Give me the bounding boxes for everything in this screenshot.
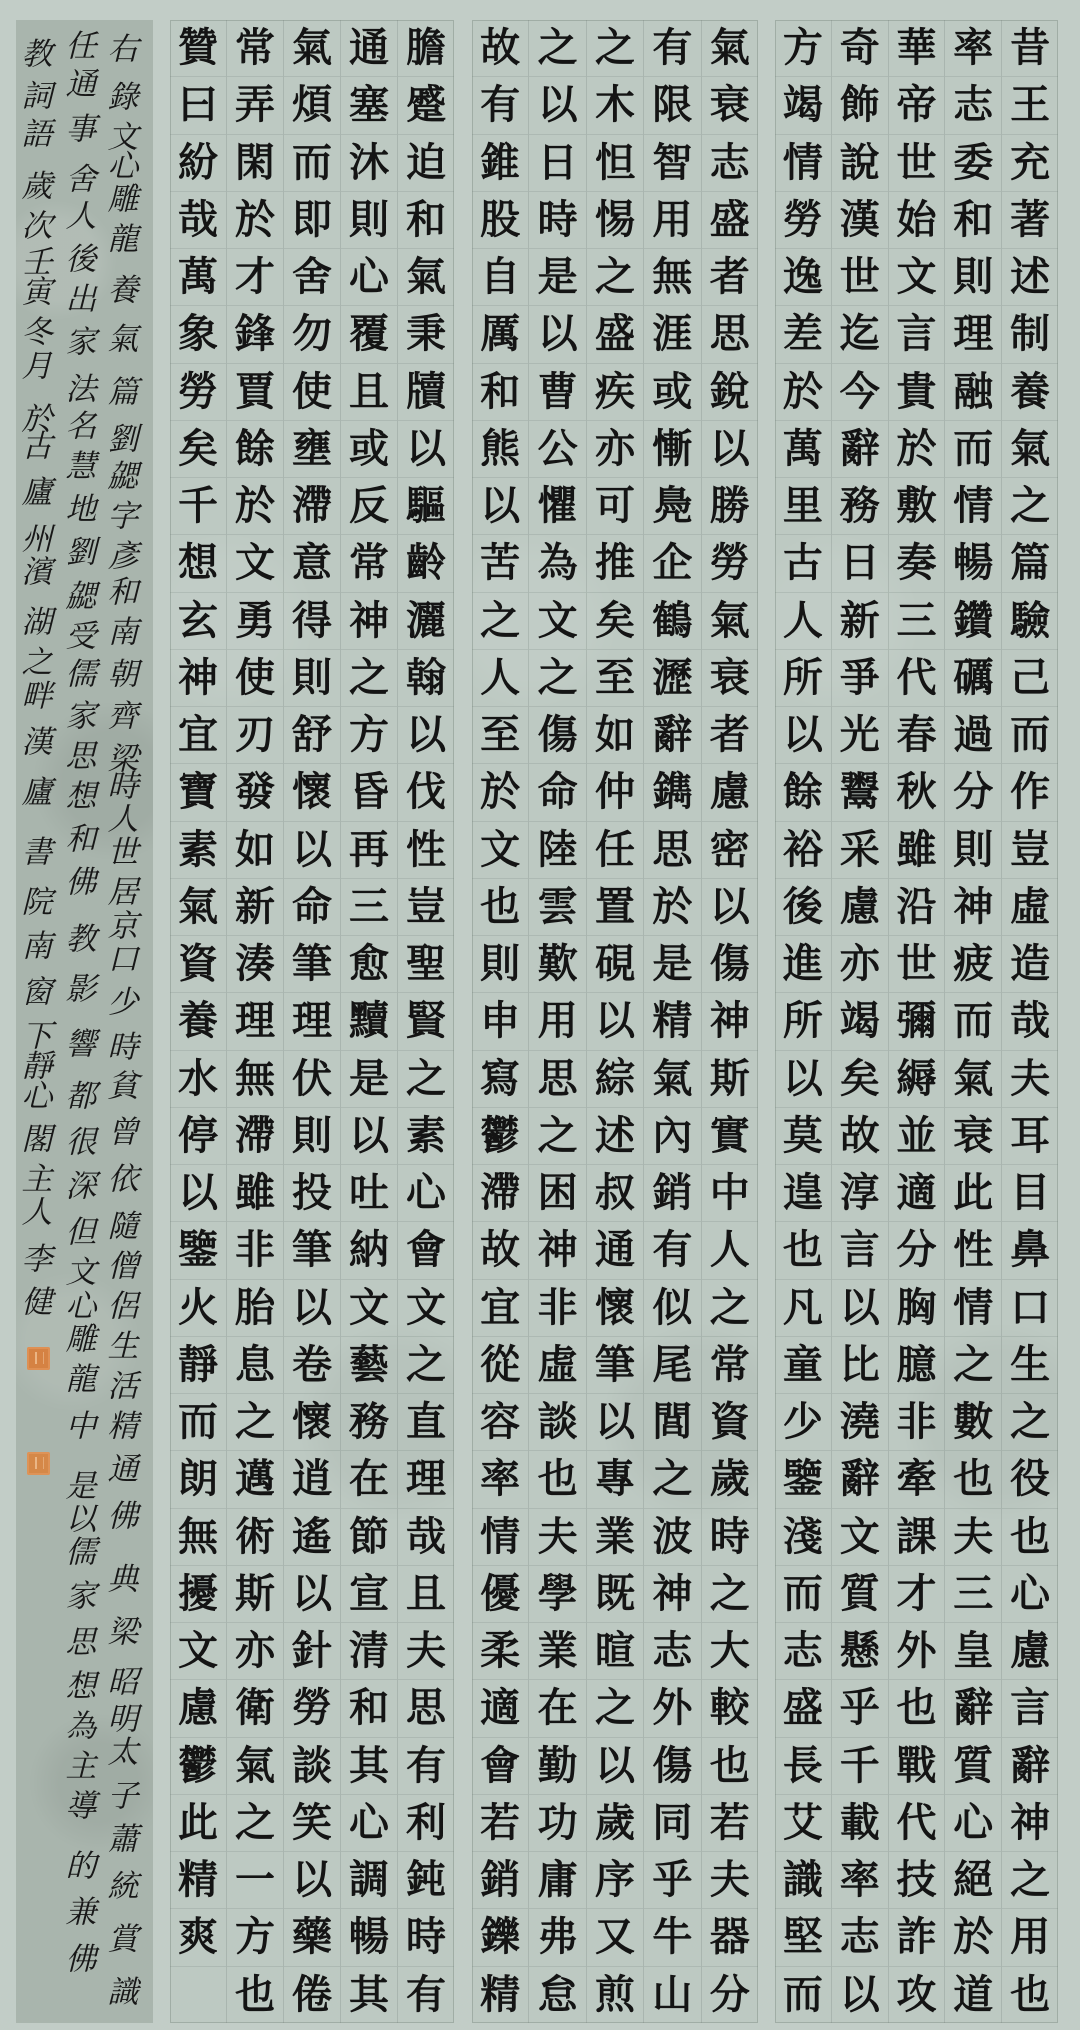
grid-cell: 文 (227, 535, 283, 592)
character: 神 (1010, 1803, 1050, 1843)
grid-cell: 虛 (1002, 879, 1058, 936)
grid-cell: 藝 (341, 1337, 397, 1394)
grid-cell: 談 (529, 1394, 585, 1451)
character: 暄 (595, 1631, 635, 1671)
grid-cell: 清 (341, 1623, 397, 1680)
character: 飾 (840, 85, 880, 125)
grid-cell: 惕 (587, 192, 643, 249)
grid-cell: 心 (1002, 1566, 1058, 1623)
grid-cell: 宣 (341, 1566, 397, 1623)
character: 虛 (1010, 887, 1050, 927)
character: 數 (953, 1402, 993, 1442)
inscription-character: 出 (66, 285, 97, 316)
grid-cell: 迄 (832, 306, 888, 363)
inscription-character: 朝 (108, 660, 139, 691)
character: 於 (783, 372, 823, 412)
grid-cell: 代 (889, 1795, 945, 1852)
grid-cell: 目 (1002, 1165, 1058, 1222)
grid-cell: 雲 (529, 879, 585, 936)
grid-cell: 情 (945, 478, 1001, 535)
character: 有 (652, 1230, 692, 1270)
grid-cell: 且 (341, 364, 397, 421)
grid-cell: 若 (472, 1795, 528, 1852)
character: 朗 (178, 1459, 218, 1499)
inscription-character: 漢 (22, 728, 53, 759)
grid-cell: 怠 (529, 1967, 585, 2023)
character: 宣 (349, 1574, 389, 1614)
grid-cell: 疾 (587, 364, 643, 421)
character: 勿 (292, 314, 332, 354)
grid-cell: 胎 (227, 1280, 283, 1337)
grid-cell: 遑 (775, 1165, 831, 1222)
grid-cell: 澆 (832, 1394, 888, 1451)
character: 寶 (178, 772, 218, 812)
text-panel-middle: 氣衰志盛者思銳以勝勞氣衰者慮密以傷神斯實中人之常資歲時之大較也若夫器分有限智用無… (472, 20, 758, 2023)
grid-cell: 容 (472, 1394, 528, 1451)
grid-cell: 於 (227, 478, 283, 535)
character: 如 (235, 830, 275, 870)
grid-cell: 盛 (587, 306, 643, 363)
character: 故 (840, 1116, 880, 1156)
character: 玄 (178, 601, 218, 641)
grid-cell: 神 (1002, 1795, 1058, 1852)
character: 故 (480, 1230, 520, 1270)
character: 即 (292, 200, 332, 240)
grid-cell: 以 (341, 1108, 397, 1165)
character: 文 (406, 1288, 446, 1328)
character: 代 (897, 1803, 937, 1843)
grid-cell: 筆 (587, 1337, 643, 1394)
grid-cell: 用 (644, 192, 700, 249)
character: 硯 (595, 944, 635, 984)
character: 灑 (406, 601, 446, 641)
grid-cell: 資 (702, 1394, 758, 1451)
inscription-character: 古 (22, 432, 53, 463)
character: 世 (840, 257, 880, 297)
character: 常 (235, 28, 275, 68)
grid-cell: 以 (702, 421, 758, 478)
grid-cell: 之 (587, 20, 643, 77)
character: 貴 (897, 372, 937, 412)
character: 率 (953, 28, 993, 68)
character: 而 (953, 1001, 993, 1041)
inscription-character: 貧 (108, 1072, 139, 1103)
grid-cell: 陸 (529, 822, 585, 879)
inscription-character: 主 (22, 1165, 53, 1196)
grid-cell: 遙 (284, 1509, 340, 1566)
grid-cell: 即 (284, 192, 340, 249)
grid-cell: 裕 (775, 822, 831, 879)
grid-cell: 故 (472, 20, 528, 77)
inscription-character: 劉 (108, 425, 139, 456)
character: 無 (652, 257, 692, 297)
grid-cell: 以 (832, 1280, 888, 1337)
grid-cell: 密 (702, 822, 758, 879)
grid-cell: 較 (702, 1680, 758, 1737)
character: 以 (292, 1288, 332, 1328)
grid-cell: 功 (529, 1795, 585, 1852)
grid-cell: 慮 (1002, 1623, 1058, 1680)
grid-cell: 者 (702, 249, 758, 306)
grid-cell: 又 (587, 1909, 643, 1966)
grid-cell: 以 (170, 1165, 226, 1222)
inscription-character: 都 (66, 1082, 97, 1113)
grid-cell: 進 (775, 936, 831, 993)
grid-cell: 通 (341, 20, 397, 77)
grid-cell: 筆 (284, 1222, 340, 1279)
grid-cell: 述 (587, 1108, 643, 1165)
character: 神 (349, 601, 389, 641)
grid-cell: 納 (341, 1222, 397, 1279)
character: 世 (897, 143, 937, 183)
grid-cell: 以 (775, 1051, 831, 1108)
grid-cell: 也 (227, 1967, 283, 2023)
character: 千 (178, 486, 218, 526)
character: 鳧 (652, 486, 692, 526)
inscription-character: 依 (108, 1165, 139, 1196)
character: 是 (652, 944, 692, 984)
text-column: 氣煩而即舍勿使壅滯意得則舒懷以命筆理伏則投筆以卷懷逍遙以針勞談笑以藥倦 (283, 20, 340, 2023)
grid-cell: 仲 (587, 764, 643, 821)
character: 陸 (538, 830, 578, 870)
character: 矣 (840, 1059, 880, 1099)
grid-cell: 衰 (702, 77, 758, 134)
character: 詐 (897, 1917, 937, 1957)
grid-cell: 常 (341, 535, 397, 592)
grid-cell: 愈 (341, 936, 397, 993)
inscription-character: 勰 (108, 462, 139, 493)
grid-cell: 思 (529, 1051, 585, 1108)
character: 以 (710, 887, 750, 927)
grid-cell: 閑 (227, 135, 283, 192)
grid-cell: 鬱 (472, 1108, 528, 1165)
inscription-character: 生 (108, 1332, 139, 1363)
grid-cell: 會 (472, 1738, 528, 1795)
character: 萬 (178, 257, 218, 297)
grid-cell: 分 (945, 764, 1001, 821)
inscription-character: 和 (108, 578, 139, 609)
character: 矣 (178, 429, 218, 469)
character: 情 (783, 143, 823, 183)
grid-cell: 曰 (170, 77, 226, 134)
grid-cell: 水 (170, 1051, 226, 1108)
inscription-character: 心 (108, 152, 139, 183)
character: 衛 (235, 1688, 275, 1728)
text-column: 贊曰紛哉萬象勞矣千想玄神宜寶素氣資養水停以鑒火靜而朗無擾文慮鬱此精爽 (170, 20, 226, 2023)
character: 之 (595, 28, 635, 68)
grid-cell: 之 (702, 1566, 758, 1623)
character: 餘 (235, 429, 275, 469)
character: 則 (292, 658, 332, 698)
grid-cell: 大 (702, 1623, 758, 1680)
character: 且 (349, 372, 389, 412)
character: 文 (840, 1517, 880, 1557)
character: 神 (953, 887, 993, 927)
grid-cell: 怛 (587, 135, 643, 192)
character: 有 (406, 1975, 446, 2015)
character: 則 (953, 257, 993, 297)
character: 以 (406, 429, 446, 469)
grid-cell: 昔 (1002, 20, 1058, 77)
character: 載 (840, 1803, 880, 1843)
inscription-character: 以 (66, 1505, 97, 1536)
inscription-character: 文 (66, 1258, 97, 1289)
grid-cell: 序 (587, 1852, 643, 1909)
grid-cell: 氣 (702, 20, 758, 77)
character: 在 (349, 1459, 389, 1499)
character: 怠 (538, 1975, 578, 2015)
character: 才 (897, 1574, 937, 1614)
grid-cell: 曹 (529, 364, 585, 421)
character: 心 (349, 1803, 389, 1843)
grid-cell: 采 (832, 822, 888, 879)
grid-cell: 爭 (832, 650, 888, 707)
grid-cell: 學 (529, 1566, 585, 1623)
inscription-character: 隨 (108, 1212, 139, 1243)
grid-cell: 非 (889, 1394, 945, 1451)
grid-cell: 充 (1002, 135, 1058, 192)
inscription-character: 主 (66, 1752, 97, 1783)
character: 以 (178, 1173, 218, 1213)
grid-cell: 神 (341, 593, 397, 650)
grid-cell: 是 (529, 249, 585, 306)
character: 懸 (840, 1631, 880, 1671)
grid-cell: 光 (832, 707, 888, 764)
grid-cell: 神 (702, 993, 758, 1050)
character: 鬻 (840, 772, 880, 812)
grid-cell: 牛 (644, 1909, 700, 1966)
grid-cell: 以 (284, 1566, 340, 1623)
character: 勝 (710, 486, 750, 526)
grid-cell: 企 (644, 535, 700, 592)
character: 素 (178, 830, 218, 870)
grid-cell: 而 (284, 135, 340, 192)
grid-cell: 再 (341, 822, 397, 879)
character: 叔 (595, 1173, 635, 1213)
character: 文 (235, 543, 275, 583)
grid-cell: 貴 (889, 364, 945, 421)
character: 辭 (1010, 1746, 1050, 1786)
grid-cell: 盛 (775, 1680, 831, 1737)
grid-cell: 無 (227, 1051, 283, 1108)
grid-cell: 淳 (832, 1165, 888, 1222)
character: 秋 (897, 772, 937, 812)
character: 是 (538, 257, 578, 297)
character: 差 (783, 314, 823, 354)
grid-cell: 心 (341, 249, 397, 306)
character: 之 (652, 1459, 692, 1499)
character: 實 (710, 1116, 750, 1156)
grid-cell: 庸 (529, 1852, 585, 1909)
character: 會 (480, 1746, 520, 1786)
character: 華 (897, 28, 937, 68)
character: 勞 (710, 543, 750, 583)
grid-cell: 投 (284, 1165, 340, 1222)
character: 言 (897, 314, 937, 354)
character: 也 (897, 1688, 937, 1728)
character: 夫 (1010, 1059, 1050, 1099)
grid-cell: 氣 (398, 249, 454, 306)
grid-cell: 也 (1002, 1509, 1058, 1566)
character: 志 (652, 1631, 692, 1671)
character: 辭 (840, 1459, 880, 1499)
character: 勞 (292, 1688, 332, 1728)
character: 懷 (292, 1402, 332, 1442)
character: 亦 (235, 1631, 275, 1671)
character: 此 (953, 1173, 993, 1213)
grid-cell: 為 (529, 535, 585, 592)
grid-cell: 造 (1002, 936, 1058, 993)
grid-cell: 絕 (945, 1852, 1001, 1909)
character: 若 (710, 1803, 750, 1843)
character: 心 (349, 257, 389, 297)
grid-cell: 中 (702, 1165, 758, 1222)
grid-cell: 伏 (284, 1051, 340, 1108)
character: 歲 (595, 1803, 635, 1843)
grid-cell: 日 (832, 535, 888, 592)
character: 也 (1010, 1975, 1050, 2015)
grid-cell: 竭 (775, 77, 831, 134)
grid-cell: 所 (775, 993, 831, 1050)
grid-cell: 時 (529, 192, 585, 249)
character: 任 (595, 830, 635, 870)
character: 氣 (406, 257, 446, 297)
grid-cell: 世 (889, 936, 945, 993)
character: 業 (595, 1517, 635, 1557)
grid-cell: 礪 (945, 650, 1001, 707)
character: 於 (897, 429, 937, 469)
grid-cell: 則 (284, 650, 340, 707)
character: 精 (652, 1001, 692, 1041)
character: 有 (652, 28, 692, 68)
character: 志 (840, 1917, 880, 1957)
grid-cell: 道 (945, 1967, 1001, 2023)
grid-cell: 萬 (170, 249, 226, 306)
grid-cell: 己 (1002, 650, 1058, 707)
character: 人 (783, 601, 823, 641)
character: 懷 (595, 1288, 635, 1328)
character: 於 (235, 200, 275, 240)
inscription-character: 識 (108, 1978, 139, 2009)
grid-cell: 秉 (398, 306, 454, 363)
character: 著 (1010, 200, 1050, 240)
character: 懷 (292, 772, 332, 812)
character: 資 (178, 944, 218, 984)
character: 哉 (406, 1517, 446, 1557)
character: 以 (538, 85, 578, 125)
grid-cell: 黷 (341, 993, 397, 1050)
grid-cell: 或 (341, 421, 397, 478)
inscription-character: 兼 (66, 1898, 97, 1929)
grid-cell: 暢 (341, 1909, 397, 1966)
character: 童 (783, 1345, 823, 1385)
character: 覆 (349, 314, 389, 354)
grid-cell: 限 (644, 77, 700, 134)
grid-cell: 辭 (1002, 1738, 1058, 1795)
grid-cell: 之 (529, 650, 585, 707)
grid-cell: 則 (284, 1108, 340, 1165)
grid-cell: 如 (587, 707, 643, 764)
grid-cell: 代 (889, 650, 945, 707)
character: 秉 (406, 314, 446, 354)
inscription-character: 彥 (108, 542, 139, 573)
grid-cell: 才 (889, 1566, 945, 1623)
character: 率 (840, 1860, 880, 1900)
grid-cell: 牽 (889, 1451, 945, 1508)
inscription-character: 但 (66, 1218, 97, 1249)
character: 意 (292, 543, 332, 583)
inscription-character: 的 (66, 1852, 97, 1883)
character: 也 (1010, 1517, 1050, 1557)
character: 情 (480, 1517, 520, 1557)
grid-cell: 有 (644, 20, 700, 77)
inscription-character: 活 (108, 1372, 139, 1403)
character: 春 (897, 715, 937, 755)
grid-cell: 心 (945, 1795, 1001, 1852)
character: 藝 (349, 1345, 389, 1385)
character: 心 (1010, 1574, 1050, 1614)
grid-cell: 並 (889, 1108, 945, 1165)
grid-cell: 鋒 (227, 306, 283, 363)
grid-cell: 役 (1002, 1451, 1058, 1508)
grid-cell: 鼻 (1002, 1222, 1058, 1279)
grid-cell: 迫 (398, 135, 454, 192)
character: 曹 (538, 372, 578, 412)
grid-cell: 會 (398, 1222, 454, 1279)
character: 無 (178, 1517, 218, 1557)
grid-cell: 情 (945, 1280, 1001, 1337)
grid-cell: 若 (702, 1795, 758, 1852)
grid-cell: 使 (284, 364, 340, 421)
grid-cell: 外 (889, 1623, 945, 1680)
grid-cell: 神 (644, 1566, 700, 1623)
grid-cell: 其 (341, 1738, 397, 1795)
character: 用 (652, 200, 692, 240)
grid-cell: 華 (889, 20, 945, 77)
grid-cell: 苦 (472, 535, 528, 592)
grid-cell: 閭 (644, 1394, 700, 1451)
character: 王 (1010, 85, 1050, 125)
character: 過 (953, 715, 993, 755)
character: 三 (953, 1574, 993, 1614)
character: 笑 (292, 1803, 332, 1843)
grid-cell: 衰 (945, 1108, 1001, 1165)
inscription-character: 昭 (108, 1668, 139, 1699)
character: 理 (406, 1459, 446, 1499)
grid-cell: 用 (529, 993, 585, 1050)
character: 傷 (538, 715, 578, 755)
grid-cell: 以 (587, 1394, 643, 1451)
character: 而 (1010, 715, 1050, 755)
grid-cell: 則 (341, 192, 397, 249)
character: 裕 (783, 830, 823, 870)
grid-cell: 筆 (284, 936, 340, 993)
character: 盛 (783, 1688, 823, 1728)
grid-cell: 帝 (889, 77, 945, 134)
grid-cell: 則 (945, 822, 1001, 879)
inscription-character: 州 (22, 525, 53, 556)
character: 之 (480, 601, 520, 641)
character: 世 (897, 944, 937, 984)
grid-cell: 識 (775, 1852, 831, 1909)
grid-cell: 木 (587, 77, 643, 134)
character: 分 (953, 772, 993, 812)
character: 鐫 (652, 772, 692, 812)
character: 則 (953, 830, 993, 870)
grid-cell: 勇 (227, 593, 283, 650)
character: 己 (1010, 658, 1050, 698)
character: 才 (235, 257, 275, 297)
